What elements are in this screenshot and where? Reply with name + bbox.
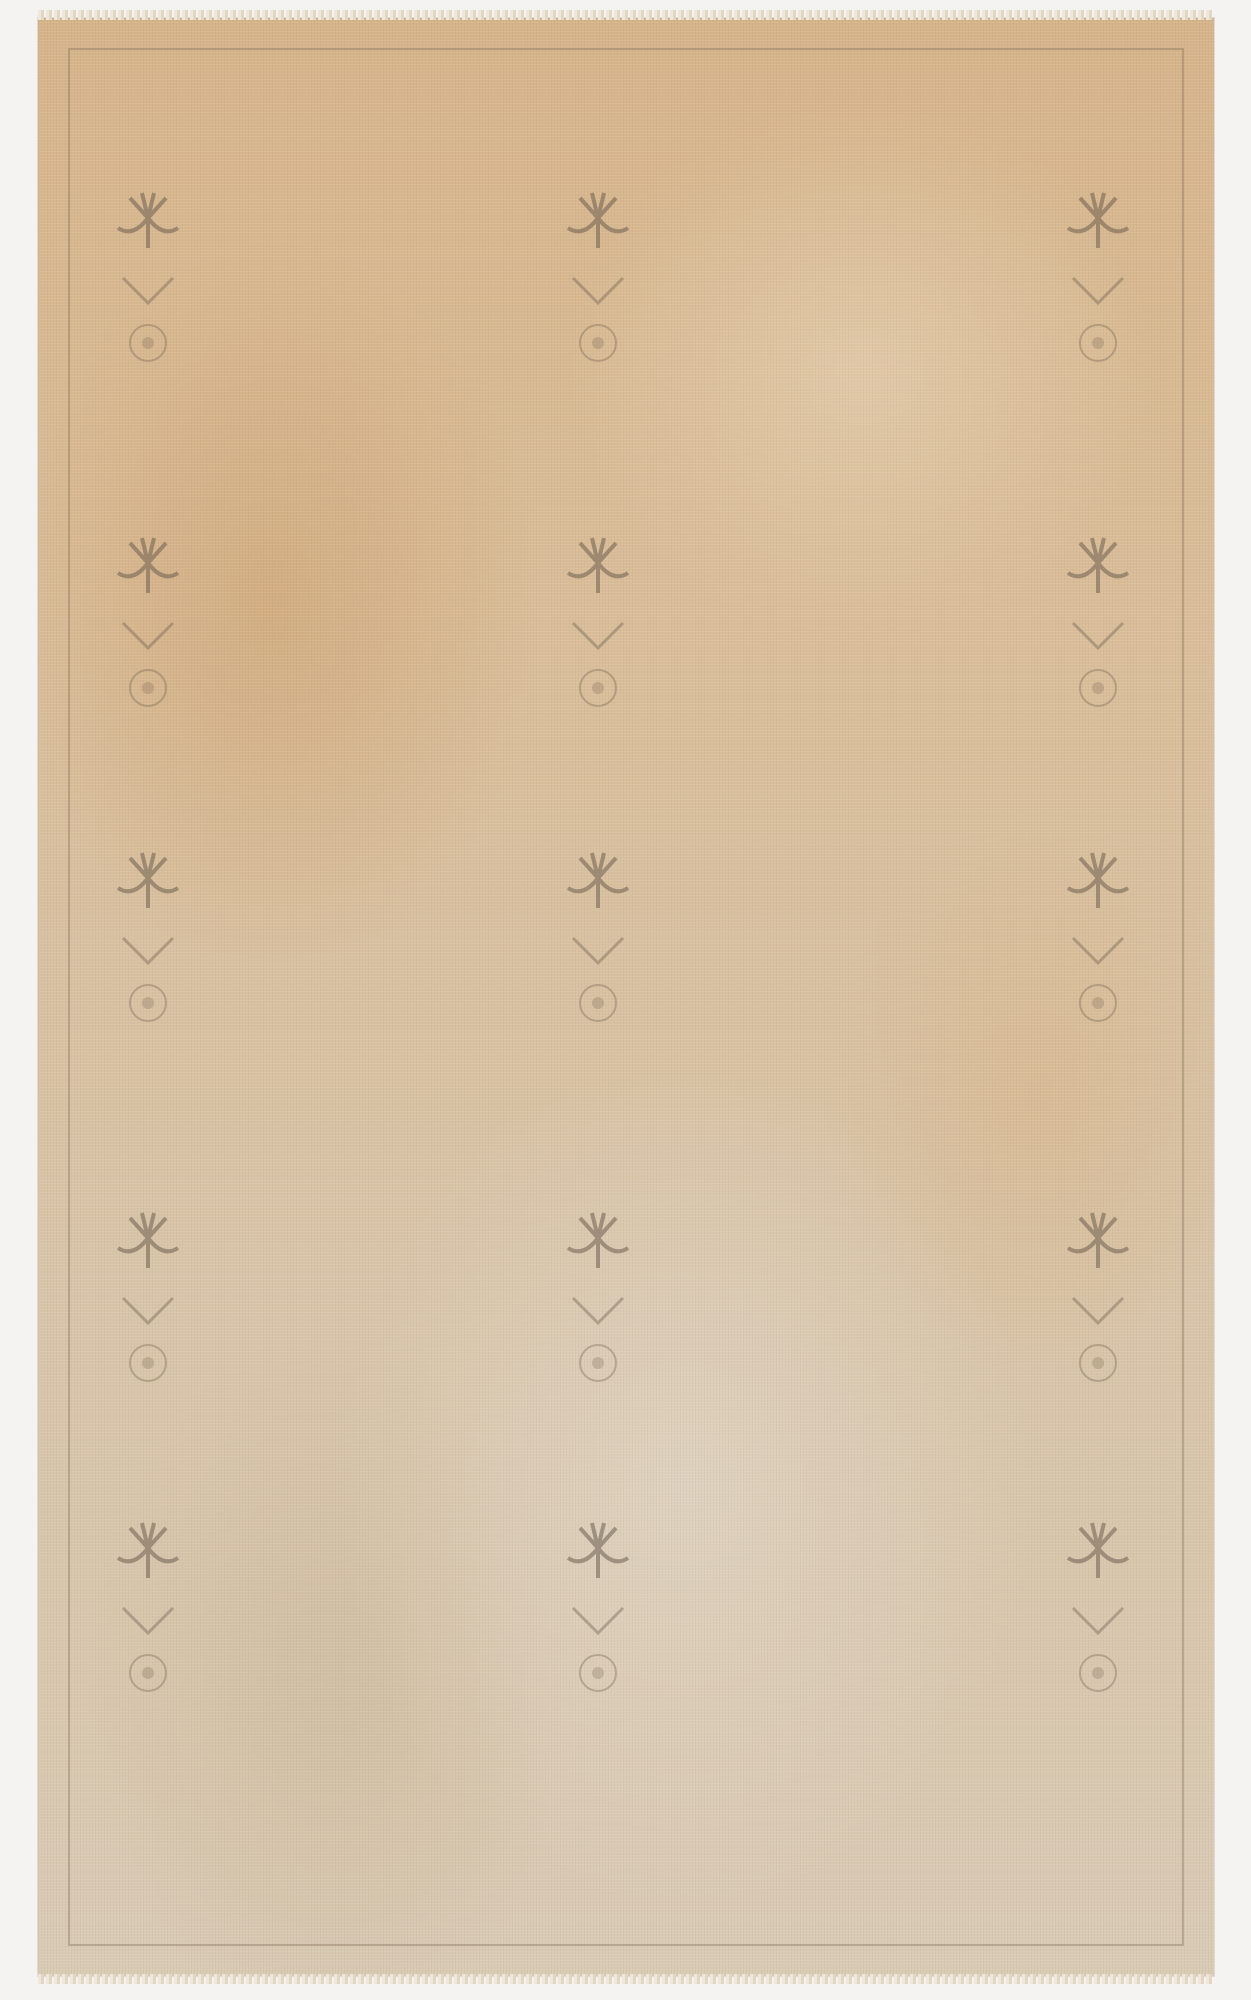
floral-motifs: [38, 18, 1214, 1976]
rug: [38, 18, 1214, 1976]
